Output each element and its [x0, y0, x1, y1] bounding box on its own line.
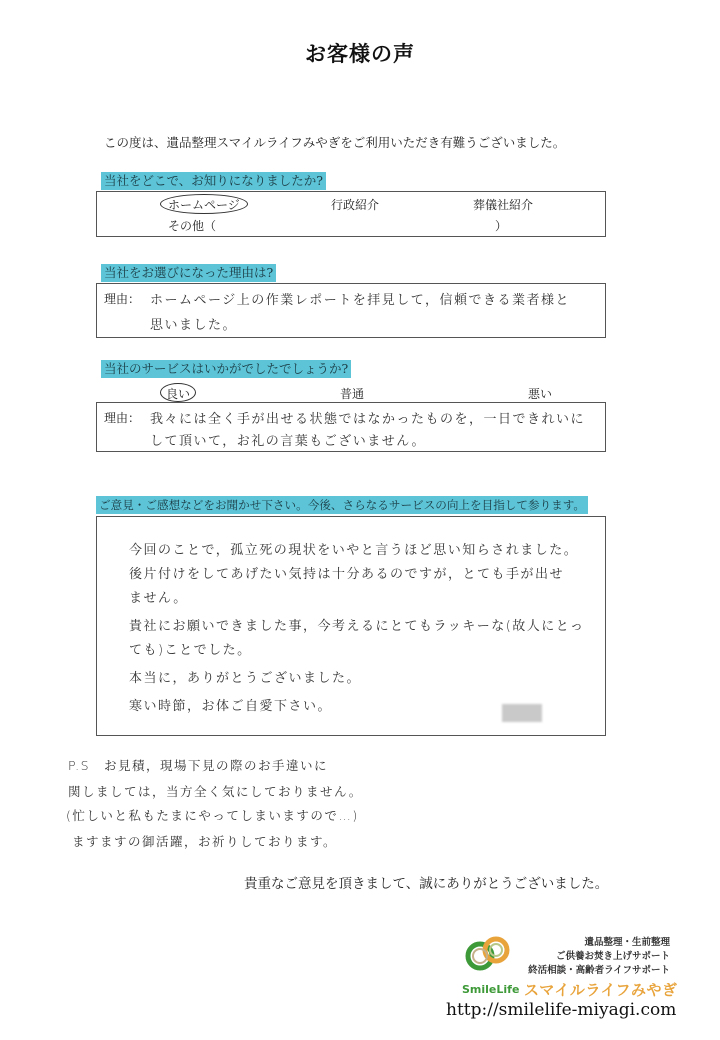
brand-name-jp: スマイルライフみやぎ	[524, 979, 678, 1000]
ps-line: P.S お見積，現場下見の際のお手違いに	[68, 756, 328, 774]
q2-question: 当社をお選びになった理由は?	[101, 264, 276, 282]
reason-label: 理由：	[104, 409, 140, 426]
q1-answer-box: ホームページ 行政紹介 葬儀社紹介 その他（ ）	[96, 191, 606, 237]
option-government[interactable]: 行政紹介	[331, 196, 379, 213]
option-other-close: ）	[495, 217, 507, 234]
reason-label: 理由：	[104, 290, 140, 307]
service-item: ご供養お焚き上げサポート	[480, 950, 670, 964]
ps-line: (忙しいと私もたまにやってしまいますので…)	[66, 806, 359, 824]
ps-line: 関しましては，当方全く気にしておりません。	[68, 782, 363, 800]
thanks-message: 貴重なご意見を頂きまして、誠にありがとうございました。	[244, 872, 608, 892]
q3-question: 当社のサービスはいかがでしたでしょうか?	[101, 360, 351, 378]
option-other[interactable]: その他（	[168, 217, 216, 234]
comment-line: 今回のことで，孤立死の現状をいやと言うほど思い知らされました。	[129, 539, 578, 558]
answer-line: 思いました。	[150, 314, 237, 333]
comment-line: 本当に，ありがとうございました。	[129, 667, 361, 686]
answer-line: して頂いて，お礼の言葉もございません。	[150, 430, 426, 449]
option-homepage[interactable]: ホームページ	[168, 196, 240, 213]
answer-line: ホームページ上の作業レポートを拝見して，信頼できる業者様と	[150, 289, 570, 308]
q1-question: 当社をどこで、お知りになりましたか?	[101, 172, 326, 190]
brand-name-en: SmileLife	[462, 983, 519, 996]
comment-line: ません。	[129, 587, 188, 606]
page-title: お客様の声	[0, 38, 720, 68]
q3-answer-box: 理由： 我々には全く手が出せる状態ではなかったものを，一日できれいに して頂いて…	[96, 402, 606, 452]
option-funeral[interactable]: 葬儀社紹介	[473, 196, 533, 213]
rating-average[interactable]: 普通	[340, 385, 364, 402]
rating-good[interactable]: 良い	[166, 385, 190, 402]
comment-line: 寒い時節，お体ご自愛下さい。	[129, 695, 332, 714]
redacted-signature	[502, 704, 542, 722]
q4-answer-box: 今回のことで，孤立死の現状をいやと言うほど思い知らされました。 後片付けをしてあ…	[96, 516, 606, 736]
comment-line: ても)ことでした。	[129, 639, 252, 658]
intro-text: この度は、遺品整理スマイルライフみやぎをご利用いただき有難うございました。	[104, 133, 565, 151]
rating-bad[interactable]: 悪い	[528, 385, 552, 402]
service-item: 遺品整理・生前整理	[480, 936, 670, 950]
website-link[interactable]: http://smilelife-miyagi.com	[446, 1000, 676, 1020]
comment-line: 後片付けをしてあげたい気持は十分あるのですが，とても手が出せ	[129, 563, 564, 582]
q4-question: ご意見・ご感想などをお聞かせ下さい。今後、さらなるサービスの向上を目指して参りま…	[96, 496, 588, 514]
q2-answer-box: 理由： ホームページ上の作業レポートを拝見して，信頼できる業者様と 思いました。	[96, 283, 606, 338]
services-list: 遺品整理・生前整理 ご供養お焚き上げサポート 終活相談・高齢者ライフサポート	[480, 936, 670, 978]
service-item: 終活相談・高齢者ライフサポート	[480, 964, 670, 978]
comment-line: 貴社にお願いできました事，今考えるにとてもラッキーな(故人にとっ	[129, 615, 585, 634]
ps-line: ますますの御活躍，お祈りしております。	[72, 832, 337, 850]
answer-line: 我々には全く手が出せる状態ではなかったものを，一日できれいに	[150, 408, 585, 427]
